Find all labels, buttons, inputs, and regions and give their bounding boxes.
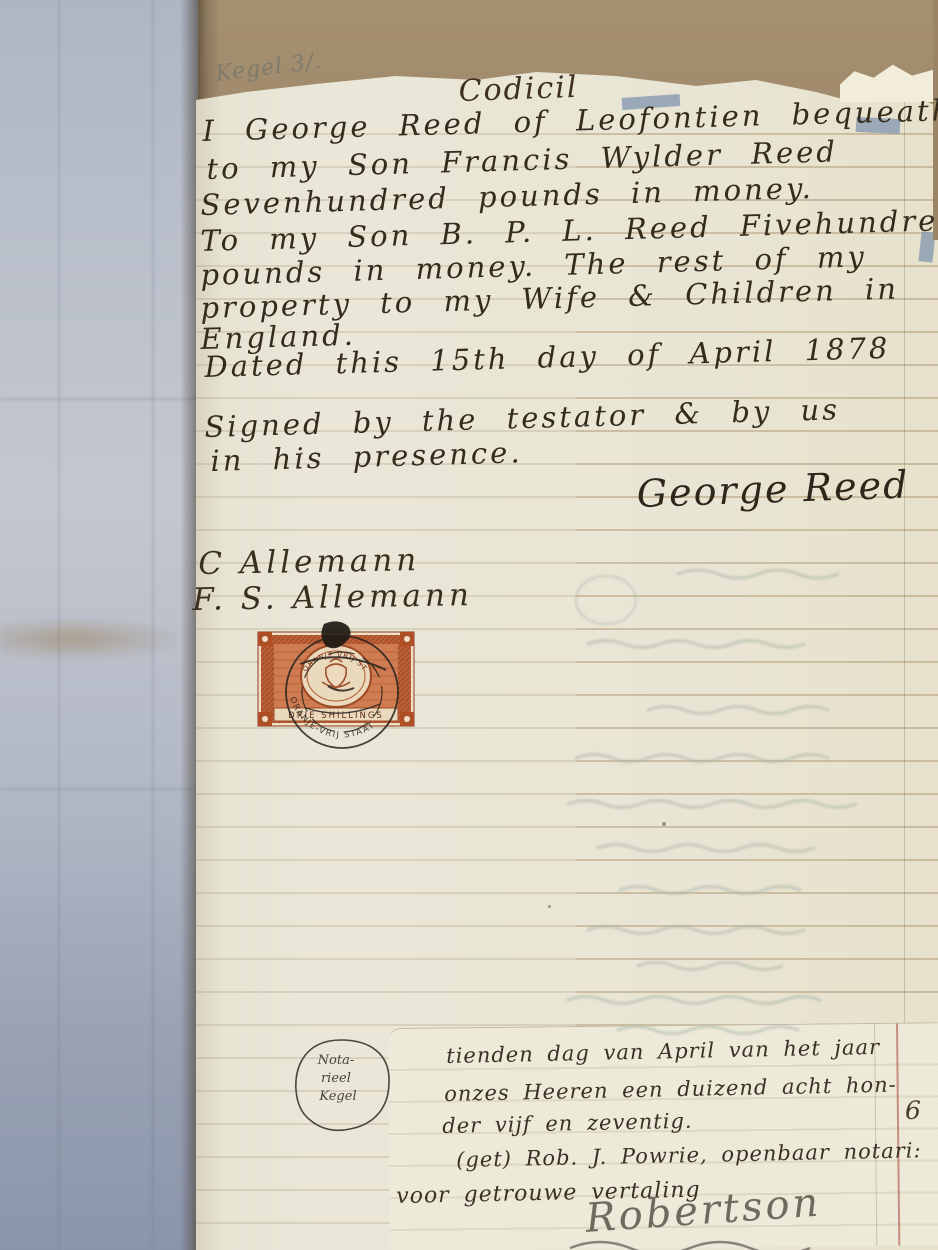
seal-note-line: rieel — [321, 1071, 351, 1086]
seal-note-line: Kegel — [318, 1089, 356, 1104]
margin-number: 6 — [905, 1096, 921, 1125]
page-crease — [0, 788, 198, 790]
pencil-annotation: Kegel 3/. — [214, 49, 324, 87]
cutoff-handwriting-strokes — [560, 1238, 860, 1250]
photographed-document: Kegel 3/. Codicil I George Reed of Leofo… — [0, 0, 938, 1250]
paper-speck — [662, 822, 666, 826]
page-crease — [0, 398, 198, 400]
paper-stain — [0, 618, 180, 660]
bleed-through-handwriting — [528, 552, 932, 1038]
paper-speck — [548, 905, 551, 908]
previous-page-edge — [0, 0, 198, 1250]
paper-speck — [300, 452, 303, 455]
revenue-stamp: ORANJE VRIJ STAAT DRIE SHILLINGS ORANJE-… — [240, 612, 470, 782]
witness-signature: C Allemann — [198, 542, 421, 582]
svg-text:Nota- rieel Kegel: Nota- rieel Kegel — [317, 1053, 359, 1104]
stamp-body: ORANJE VRIJ STAAT DRIE SHILLINGS — [240, 612, 414, 726]
notarial-seal-note: Nota- rieel Kegel — [288, 1036, 398, 1136]
seal-note-line: Nota- — [317, 1053, 355, 1068]
